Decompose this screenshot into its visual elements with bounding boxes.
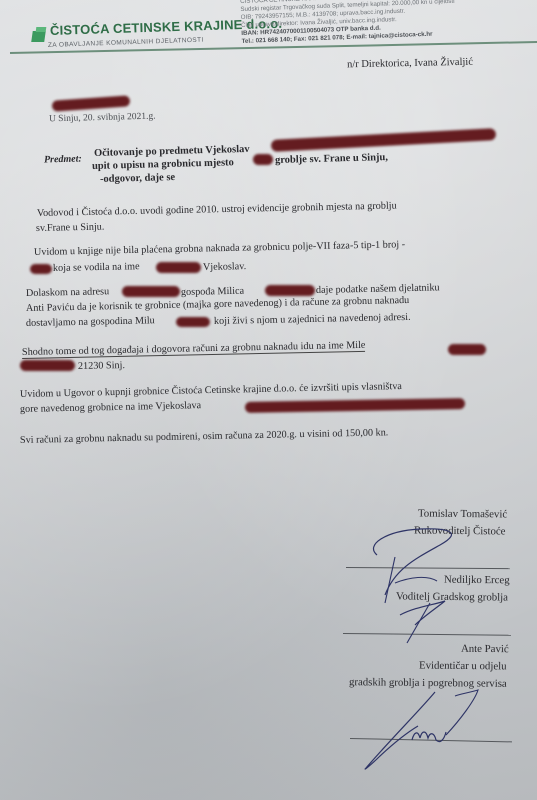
subject-line-3: -odgovor, daje se [100,172,175,185]
signature-2-icon [395,595,455,645]
signatory-3-name: Ante Pavić [461,643,509,655]
paragraph-4-line-2: 21230 Sinj. [78,359,125,373]
paragraph-2-line-2b: Vjekoslav. [203,260,246,274]
paragraph-2-line-2a: koja se vodila na ime [53,260,140,275]
redaction-mark [30,264,52,274]
signatory-1-name: Tomislav Tomašević [418,508,507,521]
subject-label: Predmet: [44,154,82,166]
redaction-mark [156,262,201,273]
redaction-mark [122,286,180,297]
paragraph-3-line-1a: Dolaskom na adresu [26,285,109,300]
redaction-mark [253,154,273,165]
redaction-mark [265,285,315,296]
redaction-mark [176,317,210,327]
redaction-mark [20,360,75,371]
company-logo-icon [31,31,46,42]
signature-3-icon [360,680,500,780]
paragraph-1-line-2: sv.Frane u Sinju. [36,221,105,235]
redaction-mark [448,344,486,355]
signatory-2-name: Nediljko Erceg [444,574,510,587]
signatory-3-title-line-1: Evidentičar u odjelu [419,660,507,673]
paragraph-3-line-3a: dostavljamo na gospodina Milu [26,314,155,330]
